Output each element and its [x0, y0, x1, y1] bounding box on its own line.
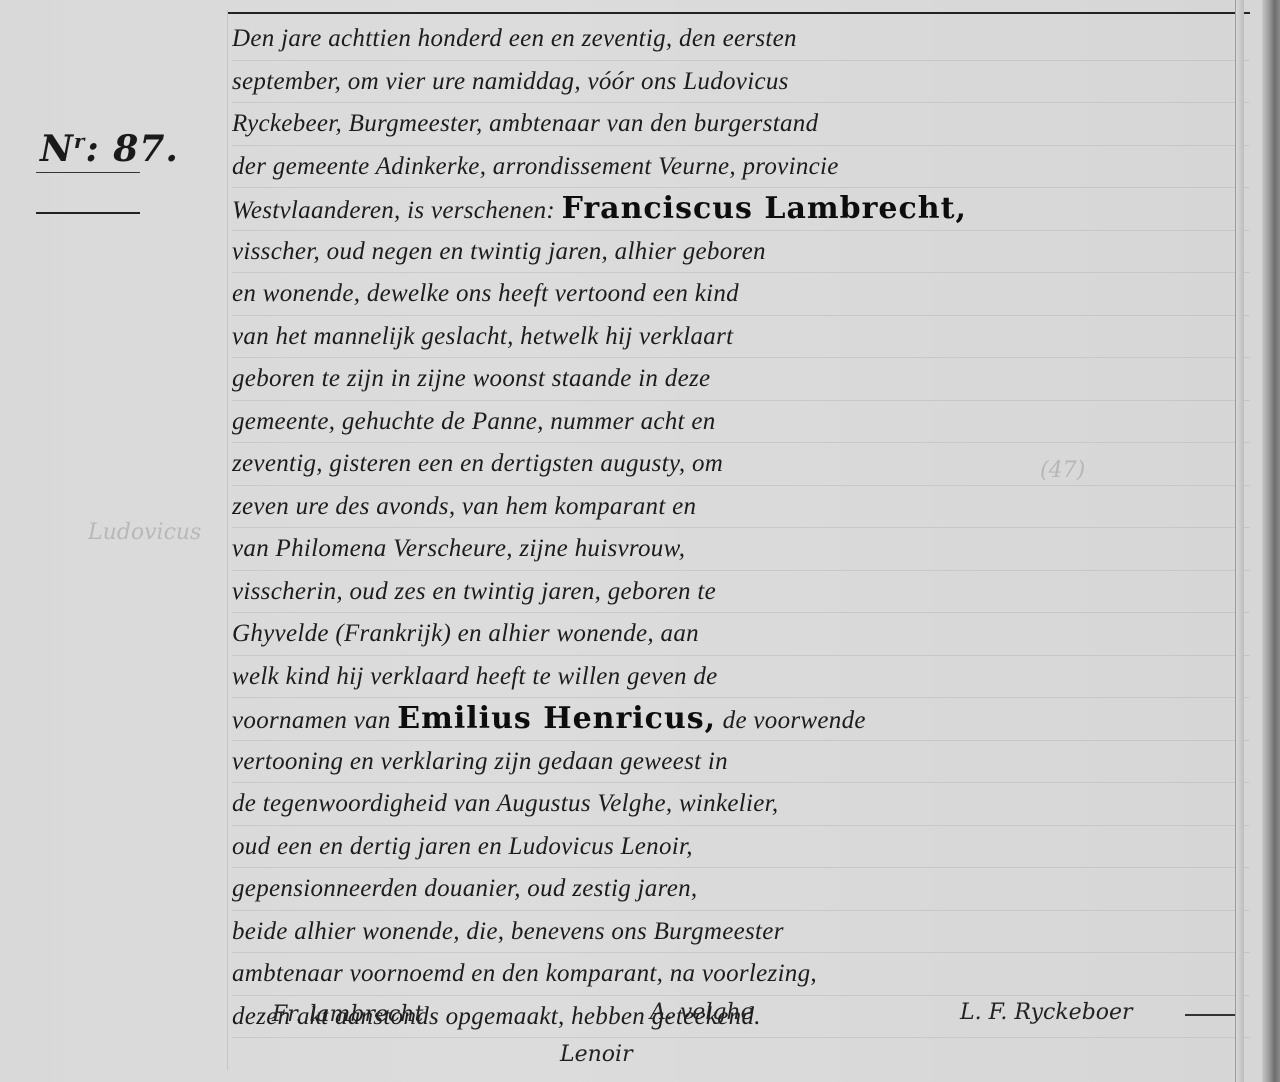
highlighted-name: Emilius Henricus, — [397, 698, 716, 740]
signature-witness-velghe: A. velghe — [650, 1000, 754, 1025]
line-text: der gemeente Adinkerke, arrondissement V… — [232, 146, 839, 188]
line-text: de voorwende — [716, 700, 866, 741]
line-text: de tegenwoordigheid van Augustus Velghe,… — [232, 783, 778, 825]
line-text: gemeente, gehuchte de Panne, nummer acht… — [232, 401, 716, 443]
record-line: welk kind hij verklaard heeft te willen … — [232, 656, 1250, 699]
line-text: gepensionneerden douanier, oud zestig ja… — [232, 868, 697, 910]
page-edge — [1235, 0, 1244, 1082]
record-line: geboren te zijn in zijne woonst staande … — [232, 358, 1250, 401]
line-text: zeven ure des avonds, van hem komparant … — [232, 486, 696, 528]
record-line: september, om vier ure namiddag, vóór on… — [232, 61, 1250, 104]
entry-number: Nr: 87. — [40, 128, 179, 170]
line-text: Westvlaanderen, is verschenen: — [232, 190, 562, 231]
top-rule — [228, 12, 1250, 14]
record-line: Ghyvelde (Frankrijk) en alhier wonende, … — [232, 613, 1250, 656]
record-line: en wonende, dewelke ons heeft vertoond e… — [232, 273, 1250, 316]
line-text: geboren te zijn in zijne woonst staande … — [232, 358, 710, 400]
record-line: Westvlaanderen, is verschenen: Franciscu… — [232, 188, 1250, 231]
record-line: visscherin, oud zes en twintig jaren, ge… — [232, 571, 1250, 614]
record-line: der gemeente Adinkerke, arrondissement V… — [232, 146, 1250, 189]
signature-mayor: L. F. Ryckeboer — [960, 1000, 1133, 1025]
signature-flourish — [1185, 1014, 1240, 1016]
record-body: Den jare achttien honderd een en zeventi… — [232, 18, 1250, 1038]
line-text: zeventig, gisteren een en dertigsten aug… — [232, 443, 723, 485]
record-line: gepensionneerden douanier, oud zestig ja… — [232, 868, 1250, 911]
record-line: oud een en dertig jaren en Ludovicus Len… — [232, 826, 1250, 869]
record-line: Den jare achttien honderd een en zeventi… — [232, 18, 1250, 61]
entry-number-rule — [36, 212, 140, 214]
margin-rule — [227, 10, 228, 1070]
highlighted-name: Franciscus Lambrecht, — [562, 188, 967, 230]
line-text: voornamen van — [232, 700, 397, 741]
line-text: visscher, oud negen en twintig jaren, al… — [232, 231, 766, 273]
line-text: september, om vier ure namiddag, vóór on… — [232, 61, 789, 103]
line-text: en wonende, dewelke ons heeft vertoond e… — [232, 273, 739, 315]
record-line: de tegenwoordigheid van Augustus Velghe,… — [232, 783, 1250, 826]
record-line: gemeente, gehuchte de Panne, nummer acht… — [232, 401, 1250, 444]
record-line: visscher, oud negen en twintig jaren, al… — [232, 231, 1250, 274]
record-line: zeventig, gisteren een en dertigsten aug… — [232, 443, 1250, 486]
record-line: ambtenaar voornoemd en den komparant, na… — [232, 953, 1250, 996]
entry-number-suffix: r — [74, 129, 86, 153]
line-text: Ghyvelde (Frankrijk) en alhier wonende, … — [232, 613, 699, 655]
line-text: visscherin, oud zes en twintig jaren, ge… — [232, 571, 716, 613]
scanned-register-page: Ludovicus (47) Nr: 87. Den jare achttien… — [0, 0, 1262, 1082]
signatures: Fr. lambrecht A. velghe L. F. Ryckeboer … — [260, 998, 1260, 1078]
signature-father: Fr. lambrecht — [272, 1002, 423, 1027]
line-text: ambtenaar voornoemd en den komparant, na… — [232, 953, 817, 995]
record-line: voornamen van Emilius Henricus, de voorw… — [232, 698, 1250, 741]
signature-witness-lenoir: Lenoir — [560, 1042, 633, 1067]
line-text: Den jare achttien honderd een en zeventi… — [232, 18, 797, 60]
book-binding — [1262, 0, 1280, 1082]
entry-number-prefix: N — [40, 128, 74, 170]
record-line: beide alhier wonende, die, benevens ons … — [232, 911, 1250, 954]
line-text: welk kind hij verklaard heeft te willen … — [232, 656, 718, 698]
record-line: zeven ure des avonds, van hem komparant … — [232, 486, 1250, 529]
entry-number-value: 87 — [113, 128, 165, 170]
record-line: van het mannelijk geslacht, hetwelk hij … — [232, 316, 1250, 359]
record-line: Ryckebeer, Burgmeester, ambtenaar van de… — [232, 103, 1250, 146]
line-text: vertooning en verklaring zijn gedaan gew… — [232, 741, 728, 783]
line-text: Ryckebeer, Burgmeester, ambtenaar van de… — [232, 103, 818, 145]
line-text: van Philomena Verscheure, zijne huisvrou… — [232, 528, 685, 570]
record-line: van Philomena Verscheure, zijne huisvrou… — [232, 528, 1250, 571]
line-text: van het mannelijk geslacht, hetwelk hij … — [232, 316, 733, 358]
line-text: oud een en dertig jaren en Ludovicus Len… — [232, 826, 693, 868]
bleed-through-text: Ludovicus — [88, 520, 201, 545]
entry-number-underline — [36, 172, 140, 173]
record-line: vertooning en verklaring zijn gedaan gew… — [232, 741, 1250, 784]
line-text: beide alhier wonende, die, benevens ons … — [232, 911, 784, 953]
